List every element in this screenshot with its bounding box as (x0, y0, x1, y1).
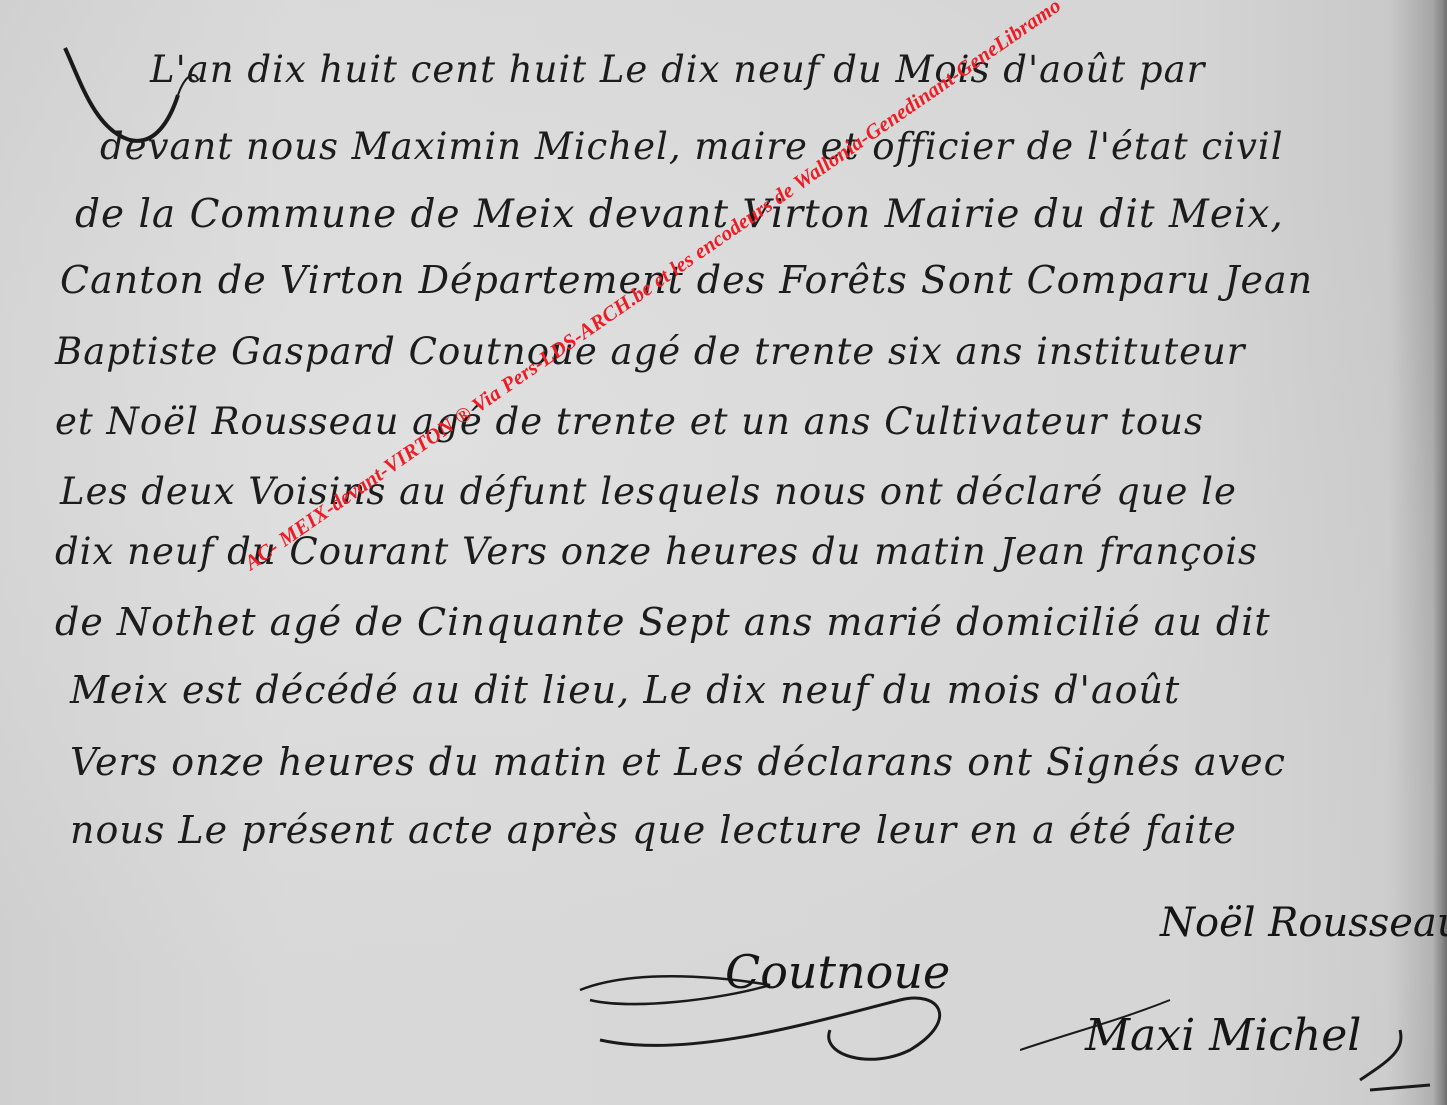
record-line-6: et Noël Rousseau agé de trente et un ans… (55, 400, 1204, 443)
record-line-8: dix neuf du Courant Vers onze heures du … (55, 530, 1258, 573)
record-line-3: de la Commune de Meix devant Virton Mair… (75, 192, 1284, 237)
record-line-11: Vers onze heures du matin et Les déclara… (70, 740, 1286, 784)
record-line-7: Les deux Voisins au défunt lesquels nous… (60, 470, 1237, 513)
signature-coutnoue: Coutnoue (725, 945, 950, 999)
record-line-5: Baptiste Gaspard Coutnoue agé de trente … (55, 330, 1245, 373)
record-line-2: devant nous Maximin Michel, maire et off… (100, 125, 1284, 168)
record-line-12: nous Le présent acte après que lecture l… (70, 808, 1237, 852)
record-line-1: L'an dix huit cent huit Le dix neuf du M… (150, 48, 1205, 91)
record-line-10: Meix est décédé au dit lieu, Le dix neuf… (70, 668, 1180, 712)
signature-flourish-right (1020, 990, 1440, 1100)
record-line-9: de Nothet agé de Cinquante Sept ans mari… (55, 600, 1271, 644)
signature-noel-rousseau: Noël Rousseau (1160, 900, 1447, 946)
